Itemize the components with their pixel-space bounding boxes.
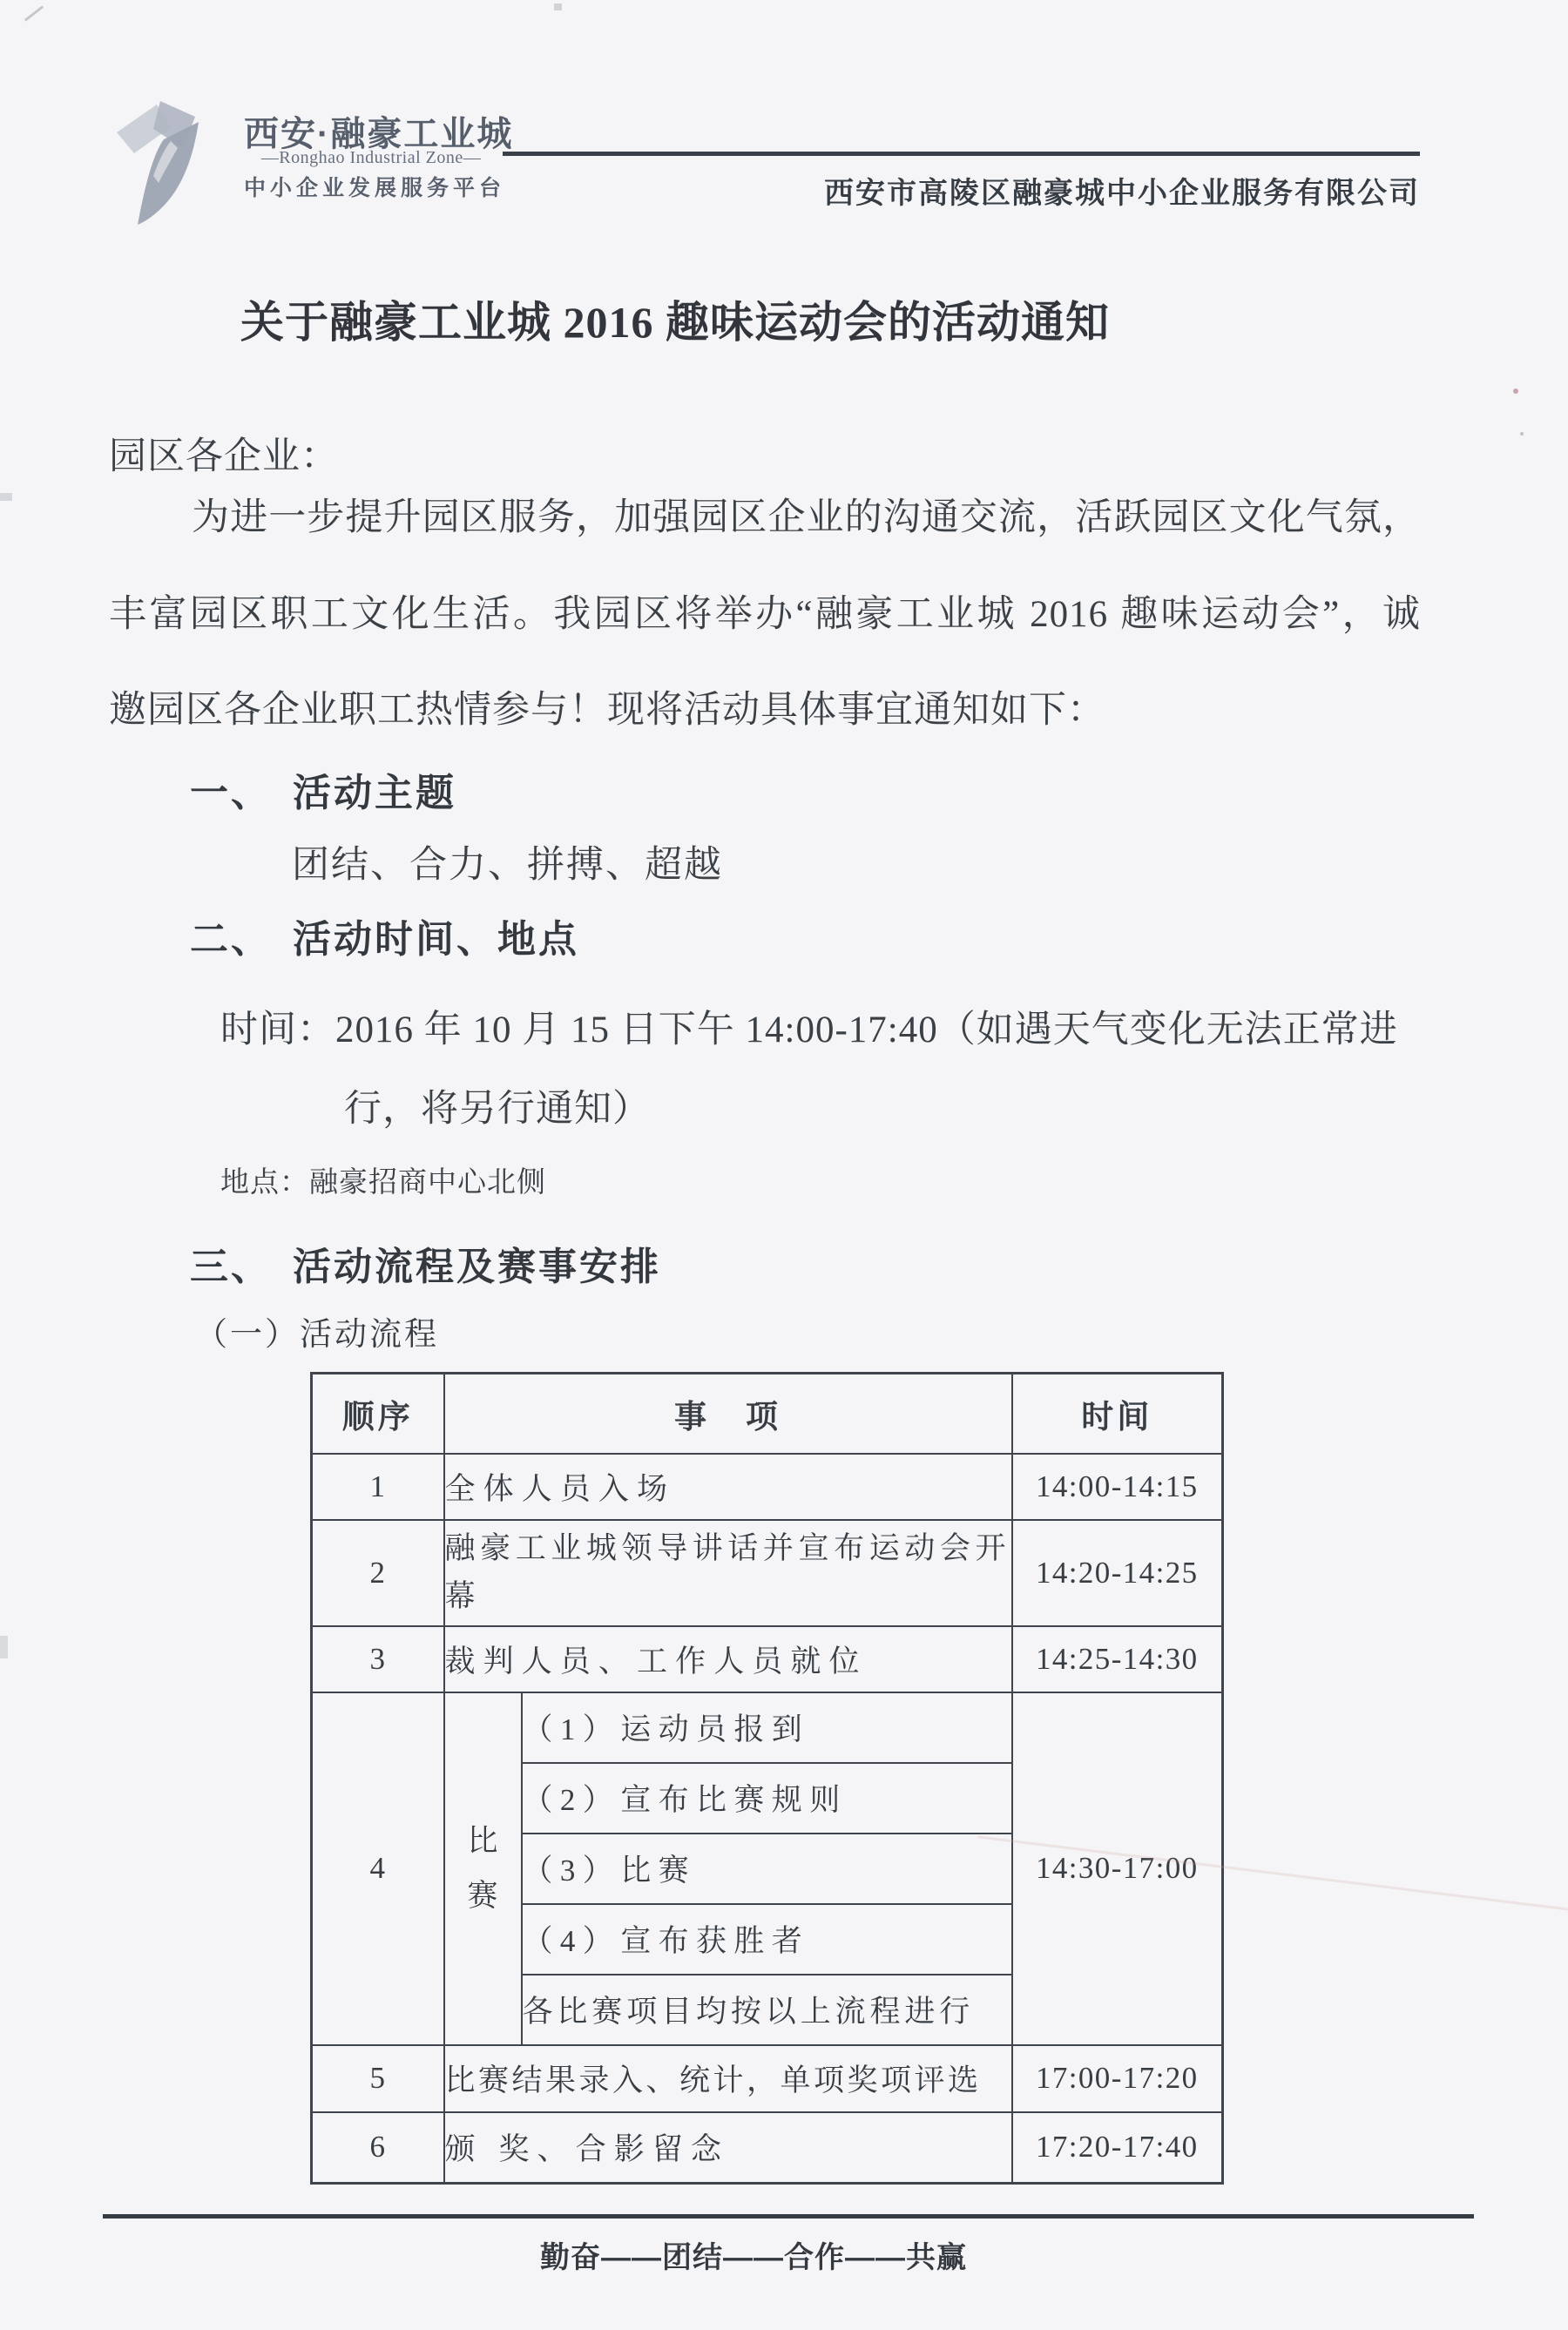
schedule-table: 顺序 事 项 时间 1 全体人员入场 14:00-14:15 2 融豪工业城领导… <box>310 1372 1224 2185</box>
row4-group-text: 比赛 <box>465 1813 500 1923</box>
section-2-heading: 二、活动时间、地点 <box>190 908 579 963</box>
table-header-row: 顺序 事 项 时间 <box>312 1374 1223 1454</box>
table-row: 3 裁判人员、工作人员就位 14:25-14:30 <box>312 1626 1223 1692</box>
scan-artifact <box>0 493 12 501</box>
row4-sub-item-3: （3）比赛 <box>522 1834 1012 1904</box>
section-1-title: 活动主题 <box>293 772 456 814</box>
logo-tagline: 中小企业发展服务平台 <box>244 171 505 202</box>
col-header-time: 时间 <box>1012 1374 1223 1454</box>
row4-sub-item-5: 各比赛项目均按以上流程进行 <box>522 1975 1012 2045</box>
section-1-number: 一、 <box>190 772 272 814</box>
header-divider-line <box>503 152 1420 156</box>
section-3-heading: 三、活动流程及赛事安排 <box>190 1235 661 1291</box>
row1-order: 1 <box>312 1454 444 1520</box>
logo-brand-english: —Ronghao Industrial Zone— <box>244 148 498 168</box>
section-2-number: 二、 <box>190 918 272 961</box>
section-3-title: 活动流程及赛事安排 <box>293 1246 661 1288</box>
row6-order: 6 <box>312 2112 444 2184</box>
footer-slogan: 勤奋——团结——合作——共赢 <box>131 2233 1376 2276</box>
row1-item: 全体人员入场 <box>444 1454 1012 1520</box>
row4-group-label: 比赛 <box>444 1692 522 2045</box>
row3-order: 3 <box>312 1626 444 1692</box>
paragraph-line-3: 邀园区各企业职工热情参与！现将活动具体事宜通知如下： <box>109 680 1421 733</box>
table-row: 2 融豪工业城领导讲话并宣布运动会开幕 14:20-14:25 <box>312 1520 1223 1626</box>
paragraph-line-1: 为进一步提升园区服务，加强园区企业的沟通交流，活跃园区文化气氛， <box>109 488 1421 541</box>
row3-item: 裁判人员、工作人员就位 <box>444 1626 1012 1692</box>
section-1-heading: 一、活动主题 <box>190 761 456 817</box>
footer-divider-line <box>103 2214 1474 2219</box>
subsection-heading: （一）活动流程 <box>195 1307 439 1354</box>
row4-order: 4 <box>312 1692 444 2045</box>
row3-time: 14:25-14:30 <box>1012 1626 1223 1692</box>
row5-time: 17:00-17:20 <box>1012 2045 1223 2112</box>
table-row: 5 比赛结果录入、统计，单项奖项评选 17:00-17:20 <box>312 2045 1223 2112</box>
row4-sub-item-2: （2）宣布比赛规则 <box>522 1763 1012 1834</box>
document-title: 关于融豪工业城 2016 趣味运动会的活动通知 <box>78 287 1272 350</box>
row6-item: 颁 奖、合影留念 <box>444 2112 1012 2184</box>
row2-item: 融豪工业城领导讲话并宣布运动会开幕 <box>444 1520 1012 1626</box>
row4-time: 14:30-17:00 <box>1012 1692 1223 2045</box>
salutation: 园区各企业： <box>109 427 1421 480</box>
table-row: 6 颁 奖、合影留念 17:20-17:40 <box>312 2112 1223 2184</box>
row5-item: 比赛结果录入、统计，单项奖项评选 <box>444 2045 1012 2112</box>
row1-time: 14:00-14:15 <box>1012 1454 1223 1520</box>
table-row: 4 比赛 （1）运动员报到 14:30-17:00 <box>312 1692 1223 1763</box>
section-3-number: 三、 <box>190 1246 272 1288</box>
company-name: 西安市高陵区融豪城中小企业服务有限公司 <box>784 169 1420 212</box>
row2-time: 14:20-14:25 <box>1012 1520 1223 1626</box>
section-1-content: 团结、合力、拼搏、超越 <box>292 835 723 888</box>
row4-sub-item-1: （1）运动员报到 <box>522 1692 1012 1763</box>
row4-sub-item-4: （4）宣布获胜者 <box>522 1904 1012 1975</box>
document-page: 西安·融豪工业城 —Ronghao Industrial Zone— 中小企业发… <box>0 0 1568 2330</box>
scan-artifact <box>1513 388 1518 394</box>
col-header-order: 顺序 <box>312 1374 444 1454</box>
scan-artifact <box>0 1636 8 1658</box>
section-2-title: 活动时间、地点 <box>293 918 579 961</box>
time-line-1: 时间：2016 年 10 月 15 日下午 14:00-17:40（如遇天气变化… <box>220 1000 1398 1053</box>
row5-order: 5 <box>312 2045 444 2112</box>
row6-time: 17:20-17:40 <box>1012 2112 1223 2184</box>
scan-artifact <box>554 3 562 10</box>
table-row: 1 全体人员入场 14:00-14:15 <box>312 1454 1223 1520</box>
ronghao-logo-icon <box>110 96 211 226</box>
paragraph-line-2: 丰富园区职工文化生活。我园区将举办“融豪工业城 2016 趣味运动会”，诚 <box>109 584 1421 638</box>
col-header-item: 事 项 <box>444 1374 1012 1454</box>
time-line-2: 行，将另行通知） <box>344 1079 651 1132</box>
scan-artifact <box>24 5 44 21</box>
scan-artifact <box>1520 432 1524 436</box>
row2-order: 2 <box>312 1520 444 1626</box>
location-line: 地点：融豪招商中心北侧 <box>220 1159 546 1200</box>
